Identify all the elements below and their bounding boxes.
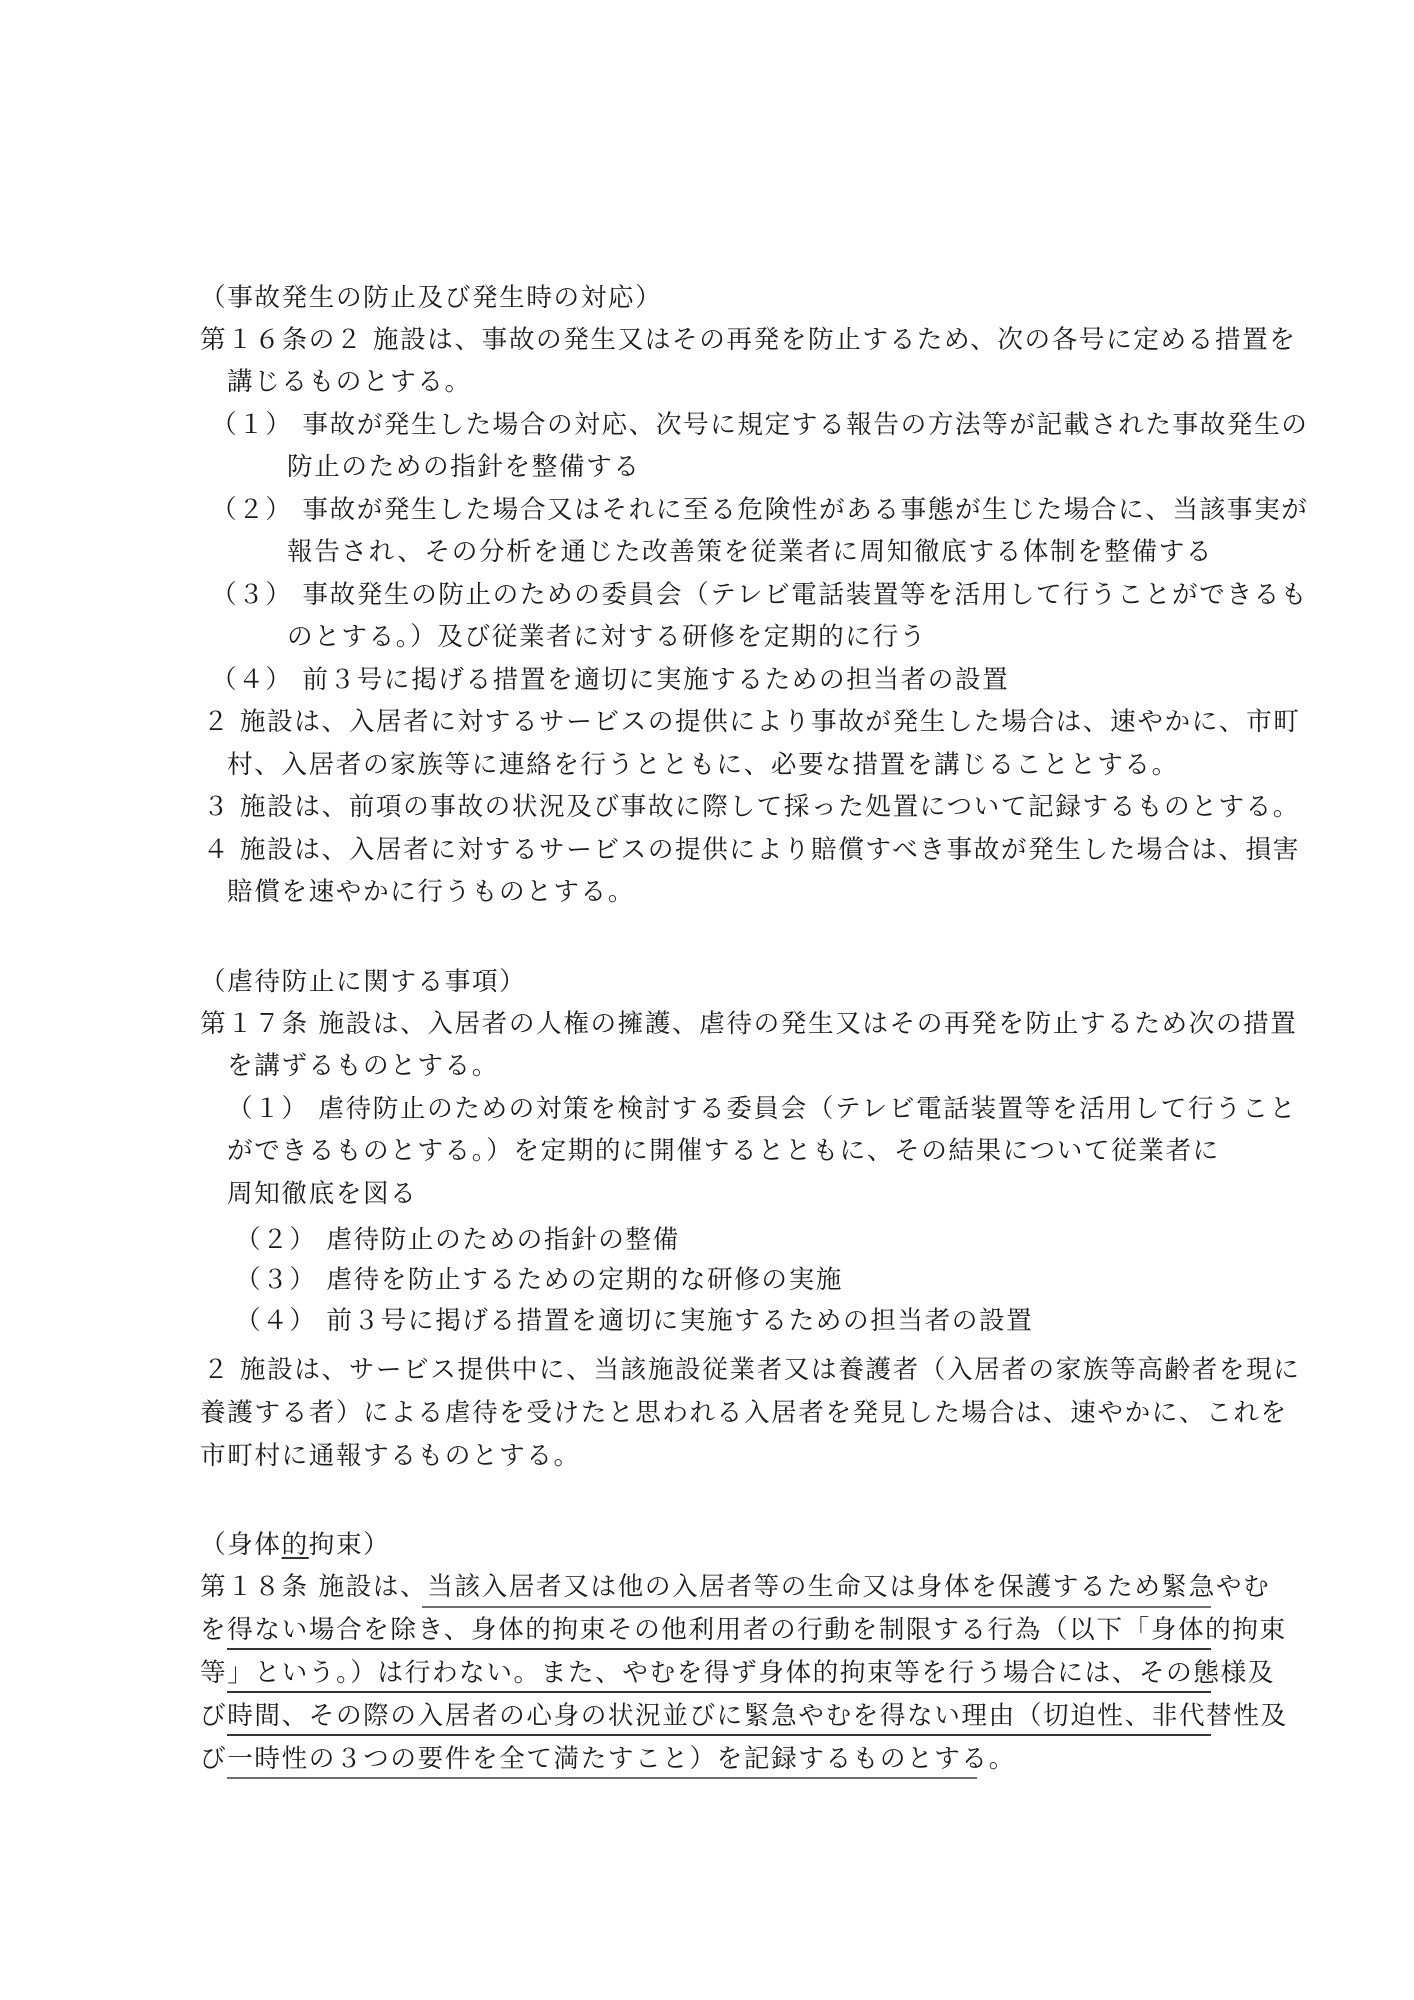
article-18-line: 等」という。）は行わない。また、やむを得ず身体的拘束等を行う場合には、その態様及 xyxy=(200,1657,1275,1689)
article-16-2-item-3: （３） 事故発生の防止のための委員会（テレビ電話装置等を活用して行うことができる… xyxy=(211,579,1308,611)
underlined-char: 的 xyxy=(282,1530,309,1560)
article-16-2-item-3-cont: のとする。）及び従業者に対する研修を定期的に行う xyxy=(287,621,927,653)
article-16-2-para-2: ２ 施設は、入居者に対するサービスの提供により事故が発生した場合は、速やかに、市… xyxy=(203,706,1301,738)
article-16-2-item-1: （１） 事故が発生した場合の対応、次号に規定する報告の方法等が記載された事故発生… xyxy=(211,409,1309,441)
article-17-para-2-cont: 養護する者）による虐待を受けたと思われる入居者を発見した場合は、速やかに、これを xyxy=(200,1397,1288,1429)
underline-rule xyxy=(227,1734,1211,1736)
article-16-2-line: 講じるものとする。 xyxy=(227,366,472,398)
article-16-2-line: 第１６条の２ 施設は、事故の発生又はその再発を防止するため、次の各号に定める措置… xyxy=(200,324,1296,356)
article-17-item-1-cont: ができるものとする。）を定期的に開催するとともに、その結果について従業者に xyxy=(227,1135,1220,1167)
section-heading-physical-restraint: （身体的拘束） xyxy=(200,1529,390,1561)
article-17-item-1: （１） 虐待防止のための対策を検討する委員会（テレビ電話装置等を活用して行うこと xyxy=(227,1093,1297,1125)
article-17-item-3: （３） 虐待を防止するための定期的な研修の実施 xyxy=(235,1264,843,1296)
article-17-item-2: （２） 虐待防止のための指針の整備 xyxy=(235,1224,680,1256)
section-heading-accident-prevention: （事故発生の防止及び発生時の対応） xyxy=(200,282,662,314)
underline-rule xyxy=(227,1777,977,1779)
article-17-item-4: （４） 前３号に掲げる措置を適切に実施するための担当者の設置 xyxy=(235,1305,1033,1337)
article-17-line: を講ずるものとする。 xyxy=(227,1050,499,1082)
article-17-item-1-cont: 周知徹底を図る xyxy=(227,1178,417,1210)
underline-rule xyxy=(227,1648,1211,1650)
article-16-2-item-4: （４） 前３号に掲げる措置を適切に実施するための担当者の設置 xyxy=(211,664,1009,696)
article-17-para-2-cont: 市町村に通報するものとする。 xyxy=(200,1440,581,1472)
article-18-line: を得ない場合を除き、身体的拘束その他利用者の行動を制限する行為（以下「身体的拘束 xyxy=(200,1614,1287,1646)
article-17-para-2: ２ 施設は、サービス提供中に、当該施設従業者又は養護者（入居者の家族等高齢者を現… xyxy=(203,1354,1301,1386)
article-16-2-item-2-cont: 報告され、その分析を通じた改善策を従業者に周知徹底する体制を整備する xyxy=(287,536,1213,568)
article-18-line: び一時性の３つの要件を全て満たすこと）を記録するものとする。 xyxy=(200,1743,1016,1775)
article-18-line: び時間、その際の入居者の心身の状況並びに緊急やむを得ない理由（切迫性、非代替性及 xyxy=(200,1700,1288,1732)
article-16-2-para-4-cont: 賠償を速やかに行うものとする。 xyxy=(227,876,635,908)
article-16-2-item-2: （２） 事故が発生した場合又はそれに至る危険性がある事態が生じた場合に、当該事実… xyxy=(211,494,1309,526)
article-18-line: 第１８条 施設は、当該入居者又は他の入居者等の生命又は身体を保護するため緊急やむ xyxy=(200,1571,1270,1603)
document-page: （事故発生の防止及び発生時の対応） 第１６条の２ 施設は、事故の発生又はその再発… xyxy=(0,0,1414,2000)
article-17-line: 第１７条 施設は、入居者の人権の擁護、虐待の発生又はその再発を防止するため次の措… xyxy=(200,1008,1298,1040)
article-16-2-item-1-cont: 防止のための指針を整備する xyxy=(287,451,641,483)
underline-rule xyxy=(227,1691,1211,1693)
article-16-2-para-4: ４ 施設は、入居者に対するサービスの提供により賠償すべき事故が発生した場合は、損… xyxy=(203,834,1300,866)
underline-rule xyxy=(422,1606,1211,1608)
article-16-2-para-2-cont: 村、入居者の家族等に連絡を行うとともに、必要な措置を講じることとする。 xyxy=(227,749,1179,781)
section-heading-abuse-prevention: （虐待防止に関する事項） xyxy=(200,966,526,998)
article-16-2-para-3: ３ 施設は、前項の事故の状況及び事故に際して採った処置について記録するものとする… xyxy=(203,791,1300,823)
